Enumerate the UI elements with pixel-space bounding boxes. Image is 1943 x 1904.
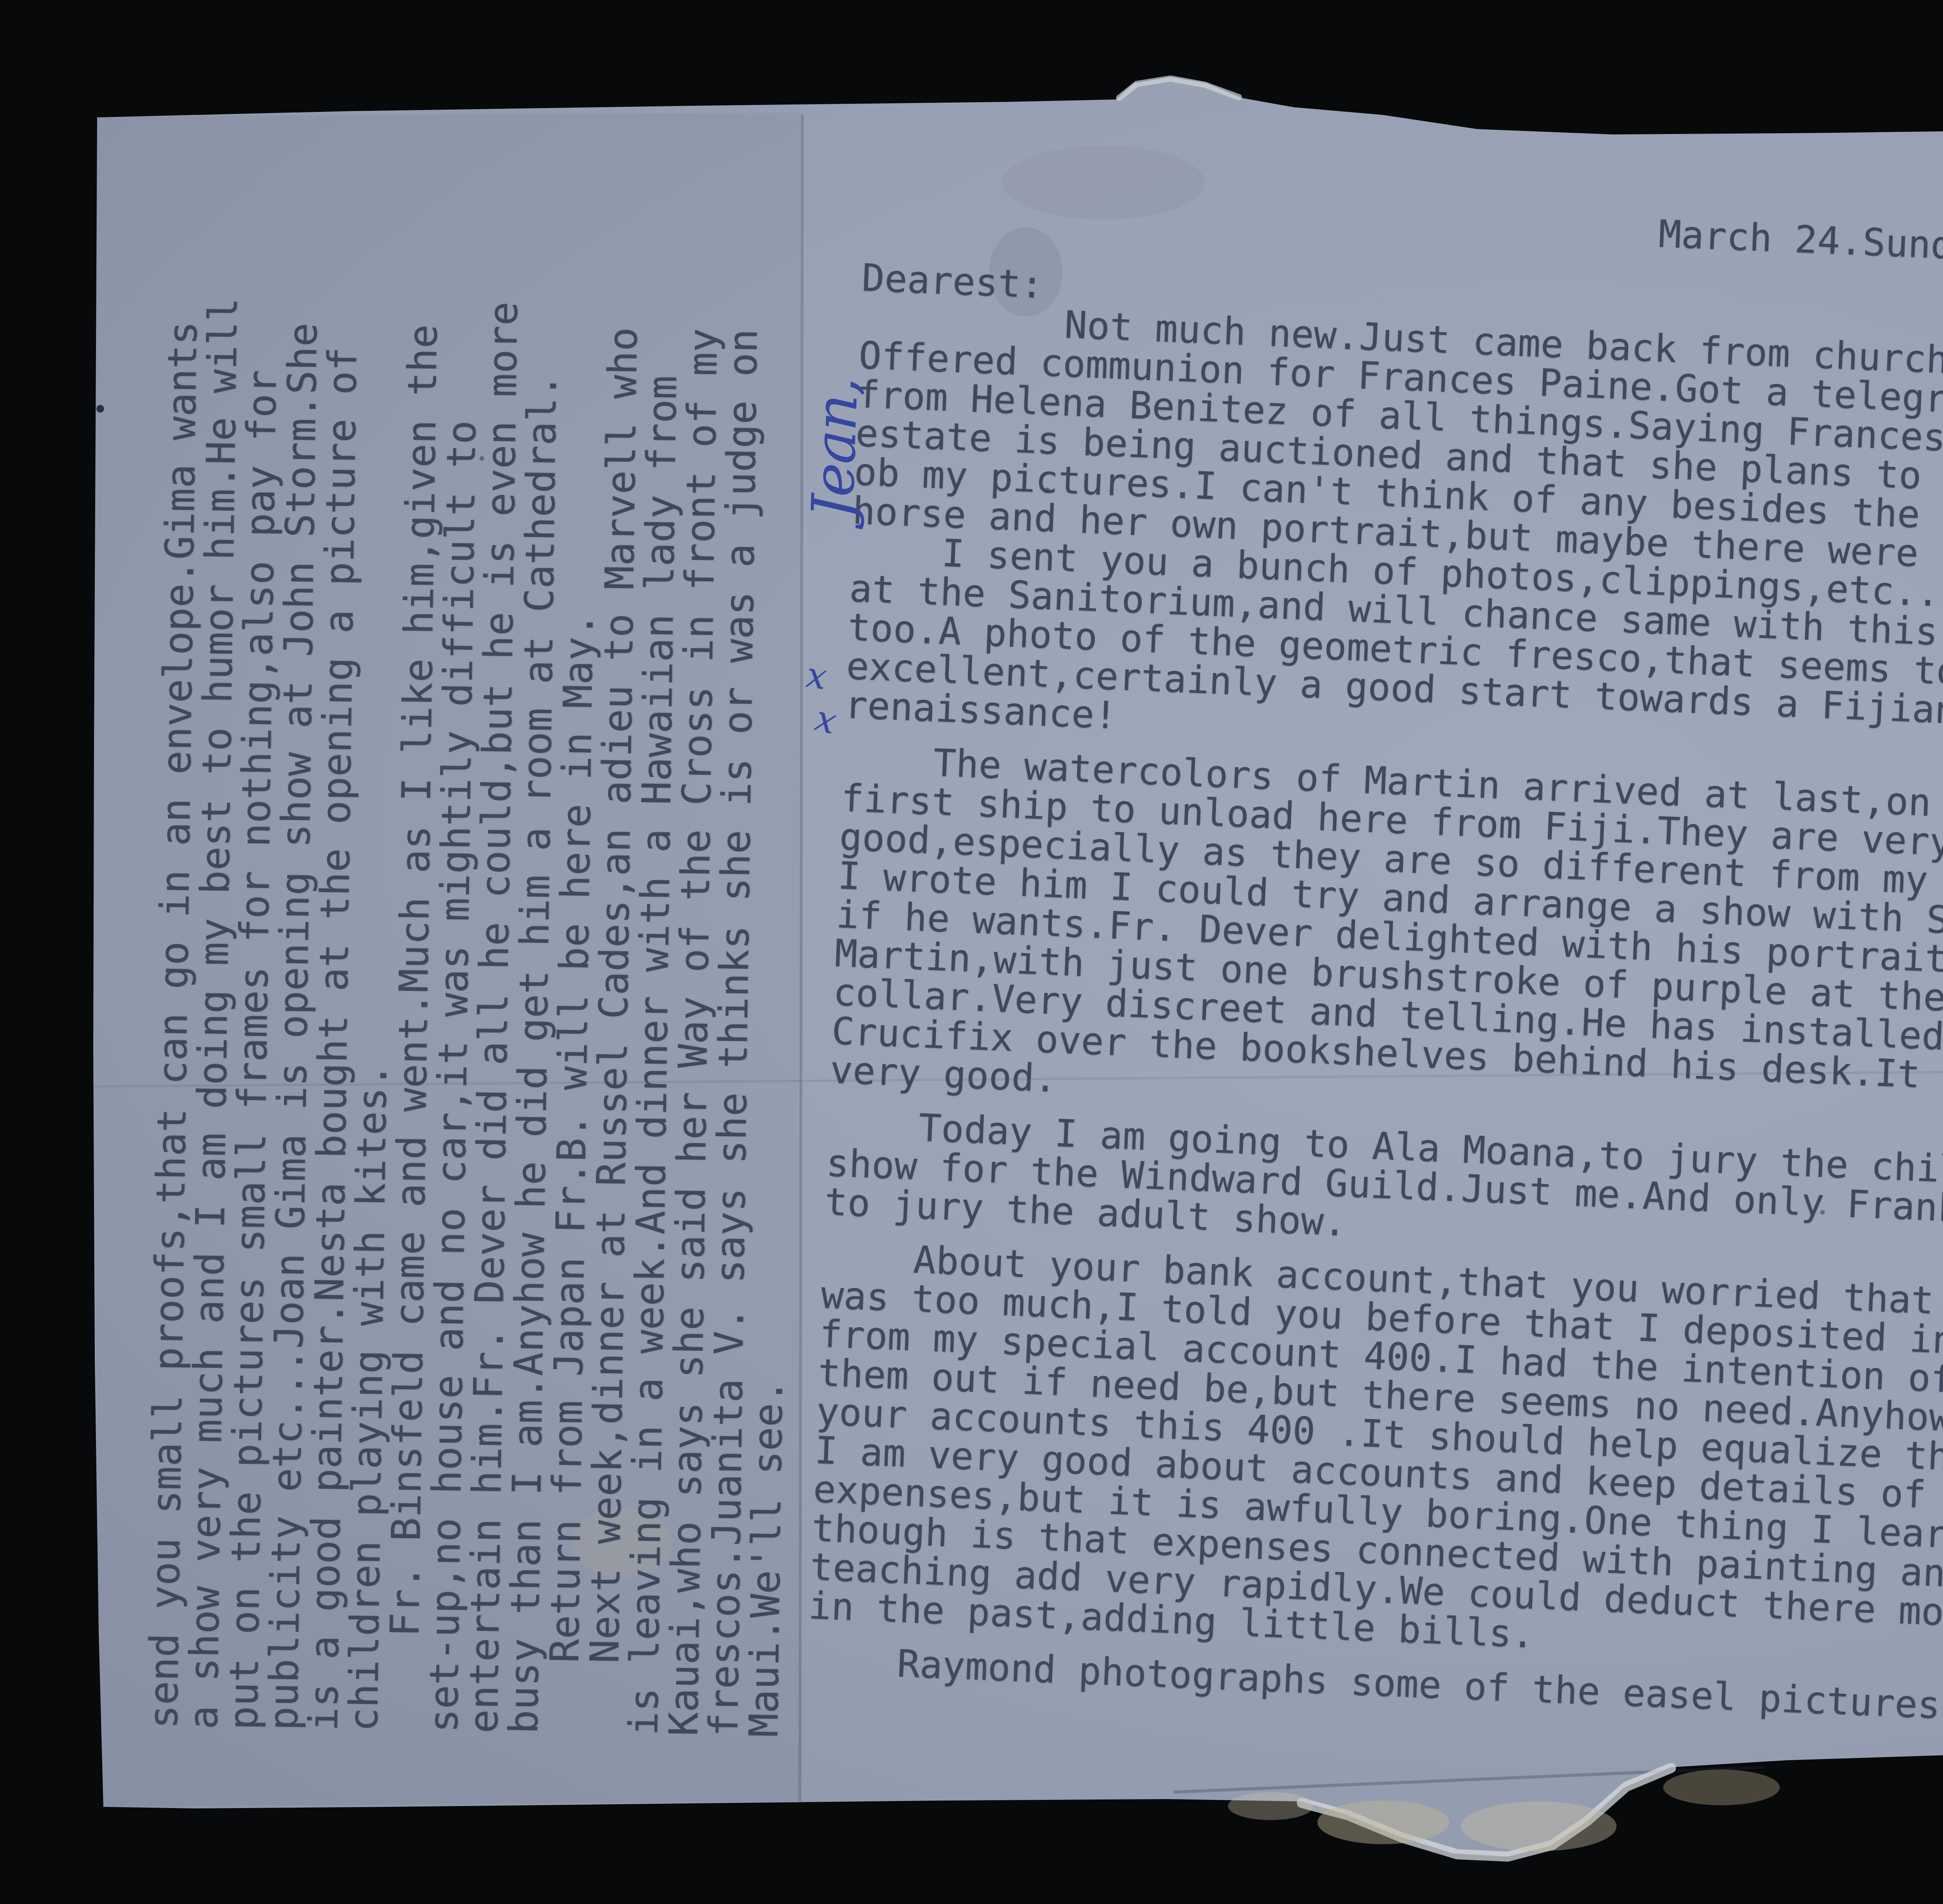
stain-tan-4 — [1228, 1792, 1313, 1820]
left-margin-text: send you small proofs,that can go in an … — [143, 291, 804, 1738]
signature-handwriting: Jean, — [799, 323, 872, 520]
main-letter-text: March 24.SundayDearest: Not much new.Jus… — [806, 183, 1943, 1735]
stain-tan-3 — [1663, 1770, 1780, 1805]
paragraph: The watercolors of Martin arrived at las… — [829, 740, 1943, 1146]
dark-speck-4 — [96, 405, 104, 413]
stain-tan-1 — [1317, 1801, 1449, 1844]
paragraph: I sent you a bunch of photos,clippings,e… — [844, 530, 1943, 780]
stain-tan-2 — [1461, 1801, 1617, 1851]
scanned-letter-photo: { "document": { "kind": "typewritten air… — [0, 0, 1943, 1904]
paragraph: About your bank account,that you worried… — [808, 1237, 1943, 1681]
x-mark: x — [804, 654, 852, 702]
